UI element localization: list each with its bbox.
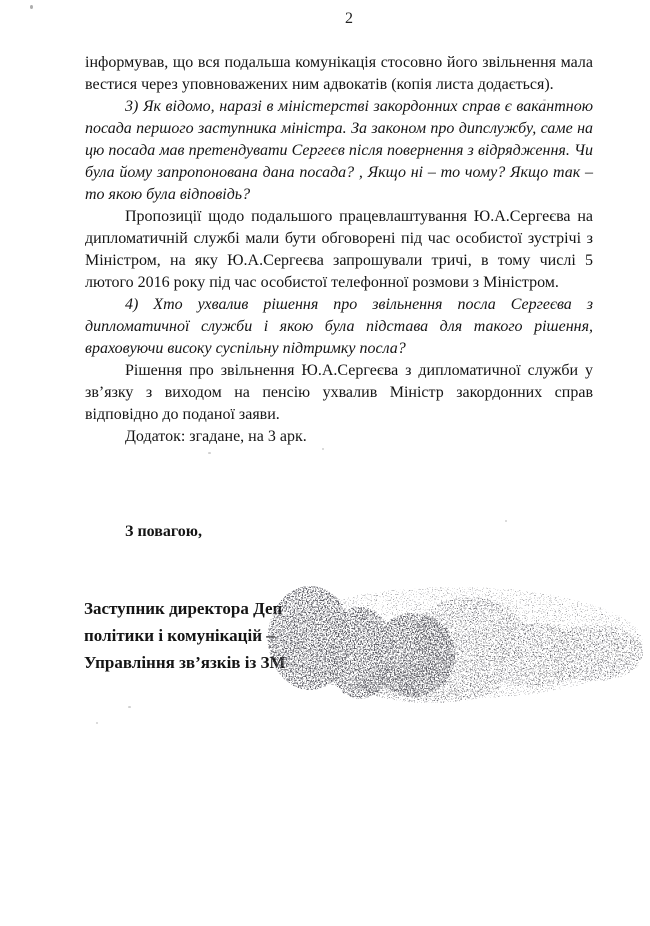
scan-speck (556, 303, 558, 305)
scan-speck (128, 706, 131, 708)
page-number: 2 (345, 10, 353, 28)
paragraph-question-4: 4) Хто ухвалив рішення про звільнення по… (85, 294, 593, 360)
scan-speck (543, 99, 546, 101)
scan-speck (30, 5, 33, 9)
signature-title-line: Управління зв’язків із ЗМ (84, 649, 286, 676)
paragraph-decision: Рішення про звільнення Ю.А.Сергеєва з ди… (85, 360, 593, 426)
scan-speck (576, 107, 578, 109)
paragraph-communication: інформував, що вся подальша комунікація … (85, 52, 593, 96)
scan-speck (567, 171, 570, 173)
scan-speck (505, 520, 507, 522)
scan-speck (322, 448, 324, 450)
signature-title-line: політики і комунікацій – (84, 622, 286, 649)
document-body: інформував, що вся подальша комунікація … (85, 52, 593, 448)
signature-title-line: Заступник директора Деп (84, 595, 286, 622)
scan-noise-smudge (265, 583, 650, 713)
scanned-document-page: 2 інформував, що вся подальша комунікаці… (0, 0, 650, 926)
scan-speck (208, 452, 211, 454)
signature-block: Заступник директора Деп політики і комун… (84, 595, 286, 676)
paragraph-proposals: Пропозиції щодо подальшого працевлаштува… (85, 206, 593, 294)
paragraph-attachment: Додаток: згадане, на 3 арк. (85, 426, 593, 448)
scan-speck (96, 722, 98, 724)
paragraph-question-3: 3) Як відомо, наразі в міністерстві зако… (85, 96, 593, 206)
closing-salutation: З повагою, (125, 523, 202, 541)
